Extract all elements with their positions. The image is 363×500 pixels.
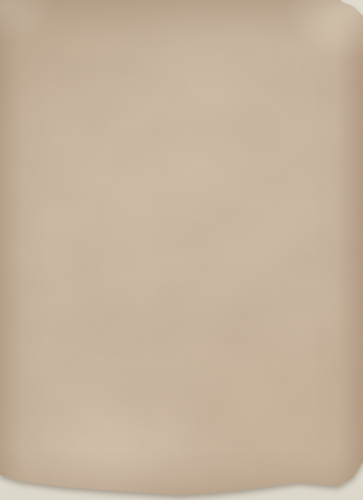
paper-grain	[0, 0, 363, 500]
manuscript-writing	[0, 0, 363, 500]
manuscript-page	[0, 0, 363, 500]
paper-shadow	[0, 0, 363, 500]
photo-of-letter	[0, 0, 363, 500]
